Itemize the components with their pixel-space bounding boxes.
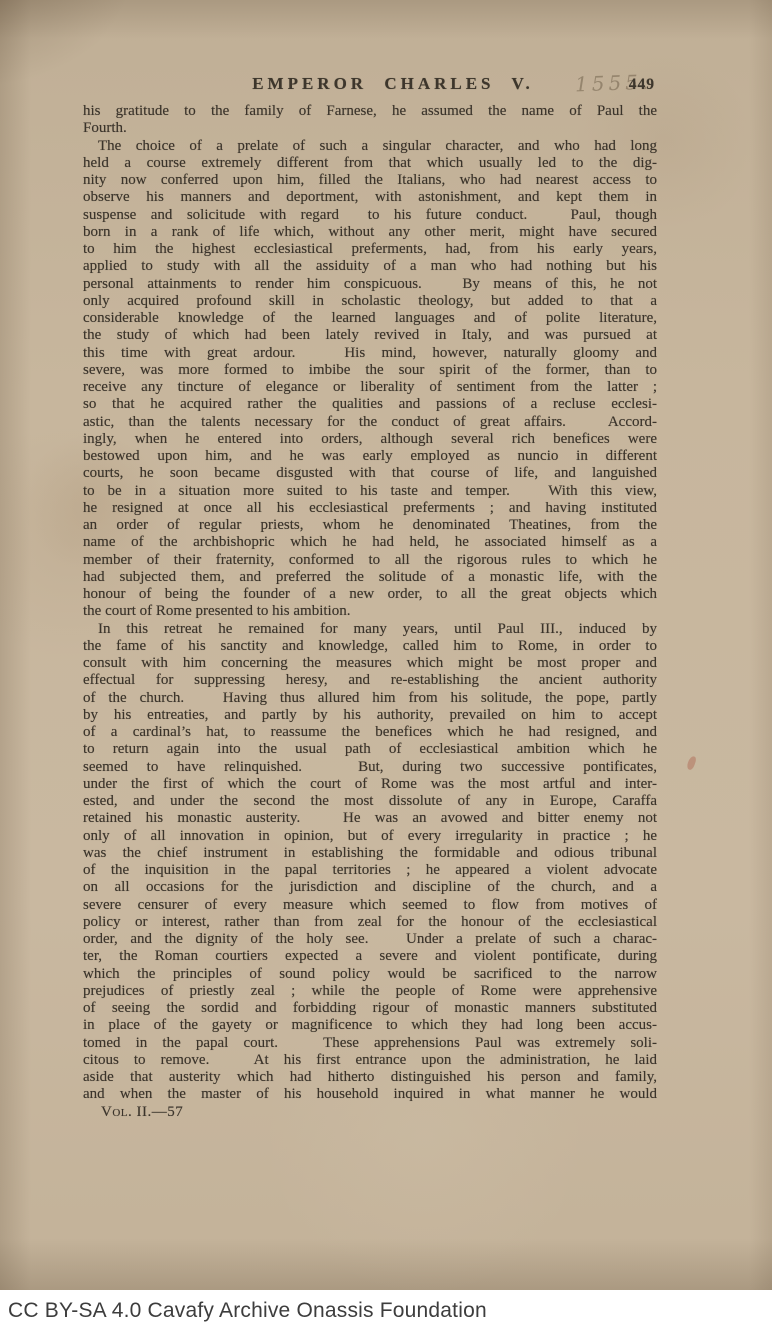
text-line: he resigned at once all his ecclesiastic… [83,500,657,517]
text-line: this time with great ardour. His mind, h… [83,345,657,362]
text-line: the study of which had been lately reviv… [83,327,657,344]
text-line: on all occasions for the jurisdiction an… [83,879,657,896]
text-line: considerable knowledge of the learned la… [83,310,657,327]
text-line: had subjected them, and preferred the so… [83,569,657,586]
paper-background: EMPEROR CHARLES V. 1555. 449 his gratitu… [0,0,772,1290]
text-line: courts, he soon became disgusted with th… [83,465,657,482]
text-line: order, and the dignity of the holy see. … [83,931,657,948]
text-line: under the first of which the court of Ro… [83,776,657,793]
text-line: consult with him concerning the measures… [83,655,657,672]
running-title: EMPEROR CHARLES V. [83,74,657,94]
text-line: held a course extremely different from t… [83,155,657,172]
text-line: severe censurer of every measure which s… [83,897,657,914]
text-line: honour of being the founder of a new ord… [83,586,657,603]
text-line: effectual for suppressing heresy, and re… [83,672,657,689]
text-line: only of all innovation in opinion, but o… [83,828,657,845]
scanned-book-page: EMPEROR CHARLES V. 1555. 449 his gratitu… [0,0,772,1332]
text-line: ested, and under the second the most dis… [83,793,657,810]
text-line: so that he acquired rather the qualities… [83,396,657,413]
text-line: his gratitude to the family of Farnese, … [83,103,657,120]
text-line: of the inquisition in the papal territor… [83,862,657,879]
text-line: an order of regular priests, whom he den… [83,517,657,534]
text-line: of seeing the sordid and forbidding rigo… [83,1000,657,1017]
text-line: severe, was more formed to imbibe the so… [83,362,657,379]
text-line: the fame of his sanctity and knowledge, … [83,638,657,655]
text-line: ter, the Roman courtiers expected a seve… [83,948,657,965]
text-line: born in a rank of life which, without an… [83,224,657,241]
text-line: in place of the gayety or magnificence t… [83,1017,657,1034]
text-line: applied to study with all the assiduity … [83,258,657,275]
text-line: to him the highest ecclesiastical prefer… [83,241,657,258]
text-line: ingly, when he entered into orders, alth… [83,431,657,448]
text-line: which the principles of sound policy wou… [83,966,657,983]
text-line: only acquired profound skill in scholast… [83,293,657,310]
text-line: the court of Rome presented to his ambit… [83,603,657,620]
text-line: In this retreat he remained for many yea… [83,621,657,638]
text-line: by his entreaties, and partly by his aut… [83,707,657,724]
text-line: aside that austerity which had hitherto … [83,1069,657,1086]
text-line: Fourth. [83,120,657,137]
text-line: personal attainments to render him consp… [83,276,657,293]
text-line: and when the master of his household inq… [83,1086,657,1103]
text-line: name of the archbishopric which he had h… [83,534,657,551]
text-line: retained his monastic austerity. He was … [83,810,657,827]
text-line: nity now conferred upon him, filled the … [83,172,657,189]
text-line: member of their fraternity, conformed to… [83,552,657,569]
text-line: to be in a situation more suited to his … [83,483,657,500]
page-header: EMPEROR CHARLES V. 1555. 449 [83,74,657,100]
text-line: prejudices of priestly zeal ; while the … [83,983,657,1000]
text-line: bestowed upon him, and he was early empl… [83,448,657,465]
text-line: of the church. Having thus allured him f… [83,690,657,707]
license-strip: CC BY-SA 4.0 Cavafy Archive Onassis Foun… [0,1290,772,1332]
text-line: of a cardinal’s hat, to reassume the ben… [83,724,657,741]
text-line: suspense and solicitude with regard to h… [83,207,657,224]
text-line: astic, than the talents necessary for th… [83,414,657,431]
text-line: tomed in the papal court. These apprehen… [83,1035,657,1052]
text-line: was the chief instrument in establishing… [83,845,657,862]
text-line: seemed to have relinquished. But, during… [83,759,657,776]
text-line: to return again into the usual path of e… [83,741,657,758]
body-text: his gratitude to the family of Farnese, … [83,103,657,1121]
text-line: observe his manners and deportment, with… [83,189,657,206]
text-line: receive any tincture of elegance or libe… [83,379,657,396]
volume-signature-mark: Vol. II.—57 [83,1104,657,1121]
text-line: citous to remove. At his first entrance … [83,1052,657,1069]
ink-stain [686,755,697,770]
text-line: The choice of a prelate of such a singul… [83,138,657,155]
page-number: 449 [629,76,655,94]
text-line: policy or interest, rather than from zea… [83,914,657,931]
license-caption: CC BY-SA 4.0 Cavafy Archive Onassis Foun… [0,1299,487,1323]
